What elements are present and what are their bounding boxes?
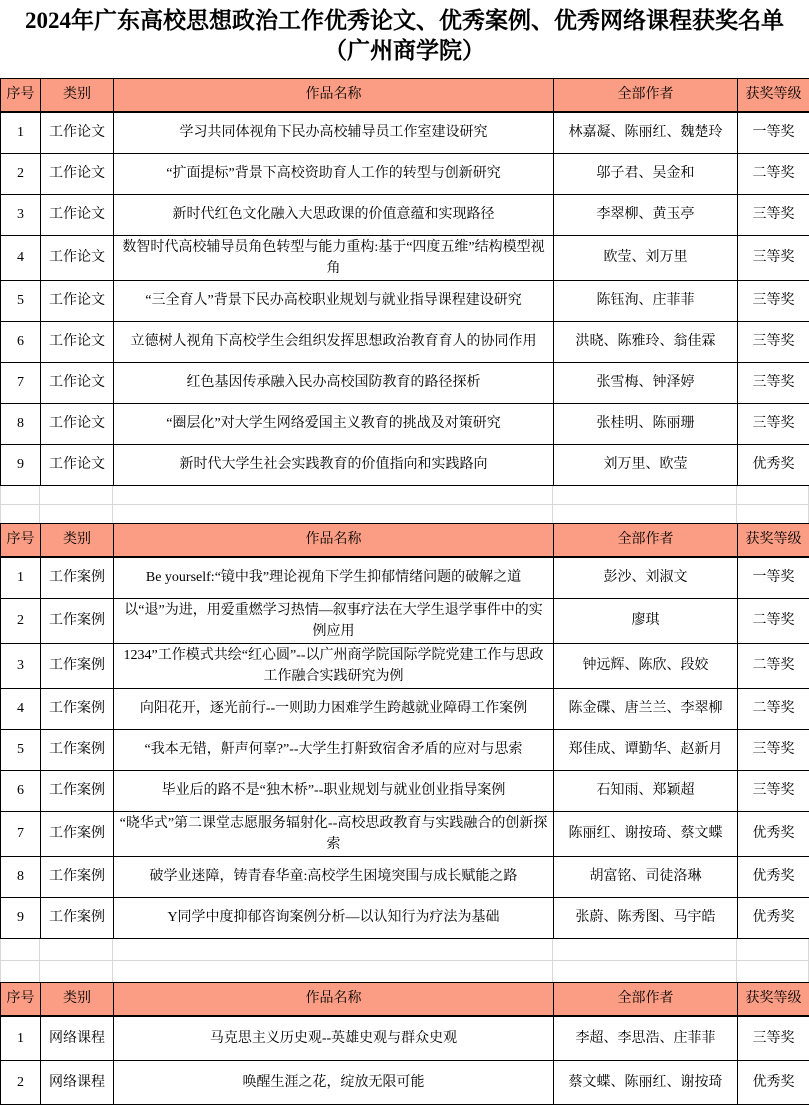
cell-category: 工作案例 (41, 770, 114, 811)
page-title-line2: （广州商学院） (2, 36, 807, 66)
cell-title: 红色基因传承融入民办高校国防教育的路径探析 (114, 362, 554, 403)
cell-category: 工作案例 (41, 643, 114, 688)
cell-title: 破学业迷障，铸青春华童:高校学生困境突围与成长赋能之路 (114, 856, 554, 897)
table-row: 2工作论文“扩面提标”背景下高校资助育人工作的转型与创新研究邬子君、吴金和二等奖 (1, 153, 809, 194)
cell-authors: 石知雨、郑颖超 (554, 770, 738, 811)
cell-award: 一等奖 (738, 112, 809, 154)
cell-title: “圈层化”对大学生网络爱国主义教育的挑战及对策研究 (114, 403, 554, 444)
cell-title: 立德树人视角下高校学生会组织发挥思想政治教育育人的协同作用 (114, 321, 554, 362)
cell-authors: 刘万里、欧莹 (554, 444, 738, 485)
cell-category: 网络课程 (41, 1016, 114, 1061)
cell-authors: 张桂明、陈丽珊 (554, 403, 738, 444)
cell-award: 三等奖 (738, 362, 809, 403)
column-header-category: 类别 (41, 982, 114, 1016)
table-row: 7工作论文红色基因传承融入民办高校国防教育的路径探析张雪梅、钟泽婷三等奖 (1, 362, 809, 403)
cell-no: 3 (1, 643, 41, 688)
column-header-title: 作品名称 (114, 78, 554, 112)
cell-no: 4 (1, 235, 41, 280)
cell-title: 新时代红色文化融入大思政课的价值意蕴和实现路径 (114, 194, 554, 235)
table-row: 4工作论文数智时代高校辅导员角色转型与能力重构:基于“四度五维”结构模型视角欧莹… (1, 235, 809, 280)
cell-award: 优秀奖 (738, 444, 809, 485)
cell-no: 8 (1, 856, 41, 897)
papers-table: 序号类别作品名称全部作者获奖等级1工作论文学习共同体视角下民办高校辅导员工作室建… (0, 78, 809, 486)
cell-no: 1 (1, 557, 41, 599)
column-header-award: 获奖等级 (738, 78, 809, 112)
header-row: 序号类别作品名称全部作者获奖等级 (1, 78, 809, 112)
cell-award: 优秀奖 (738, 811, 809, 856)
cell-no: 9 (1, 897, 41, 938)
cell-no: 2 (1, 598, 41, 643)
cell-no: 1 (1, 1016, 41, 1061)
column-header-award: 获奖等级 (738, 982, 809, 1016)
cell-category: 工作论文 (41, 194, 114, 235)
table-row: 9工作论文新时代大学生社会实践教育的价值指向和实践路向刘万里、欧莹优秀奖 (1, 444, 809, 485)
table-row: 4工作案例向阳花开，逐光前行--一则助力困难学生跨越就业障碍工作案例陈金碟、唐兰… (1, 688, 809, 729)
cell-authors: 胡富铭、司徒洛琳 (554, 856, 738, 897)
cell-authors: 郑佳成、谭勤华、赵新月 (554, 729, 738, 770)
cell-category: 工作论文 (41, 362, 114, 403)
cell-authors: 李超、李思浩、庄菲菲 (554, 1016, 738, 1061)
cell-award: 三等奖 (738, 235, 809, 280)
cell-award: 优秀奖 (738, 1060, 809, 1104)
cell-award: 三等奖 (738, 321, 809, 362)
cell-authors: 李翠柳、黄玉亭 (554, 194, 738, 235)
page-title-line1: 2024年广东高校思想政治工作优秀论文、优秀案例、优秀网络课程获奖名单 (2, 6, 807, 36)
table-row: 9工作案例Y同学中度抑郁咨询案例分析—以认知行为疗法为基础张蔚、陈秀图、马宇皓优… (1, 897, 809, 938)
cell-category: 工作案例 (41, 729, 114, 770)
cell-title: “晓华式”第二课堂志愿服务辐射化--高校思政教育与实践融合的创新探索 (114, 811, 554, 856)
cell-title: Be yourself:“镜中我”理论视角下学生抑郁情绪问题的破解之道 (114, 557, 554, 599)
cell-category: 工作案例 (41, 557, 114, 599)
cell-category: 工作论文 (41, 403, 114, 444)
cell-award: 三等奖 (738, 194, 809, 235)
cell-authors: 洪晓、陈雅玲、翁佳霖 (554, 321, 738, 362)
cell-no: 2 (1, 153, 41, 194)
gap-gridline (0, 960, 809, 961)
cell-award: 二等奖 (738, 643, 809, 688)
table-row: 8工作论文“圈层化”对大学生网络爱国主义教育的挑战及对策研究张桂明、陈丽珊三等奖 (1, 403, 809, 444)
table-row: 5工作案例“我本无错，鼾声何辜?”--大学生打鼾致宿舍矛盾的应对与思索郑佳成、谭… (1, 729, 809, 770)
gap-gridline (0, 504, 809, 505)
cell-award: 一等奖 (738, 557, 809, 599)
column-header-title: 作品名称 (114, 523, 554, 557)
column-header-no: 序号 (1, 78, 41, 112)
cell-title: 1234”工作模式共绘“红心圆”--以广州商学院国际学院党建工作与思政工作融合实… (114, 643, 554, 688)
cell-no: 4 (1, 688, 41, 729)
column-header-category: 类别 (41, 78, 114, 112)
table-row: 3工作论文新时代红色文化融入大思政课的价值意蕴和实现路径李翠柳、黄玉亭三等奖 (1, 194, 809, 235)
column-header-authors: 全部作者 (554, 982, 738, 1016)
cell-no: 3 (1, 194, 41, 235)
cell-award: 三等奖 (738, 280, 809, 321)
cell-authors: 蔡文蝶、陈丽红、谢按琦 (554, 1060, 738, 1104)
table-row: 7工作案例“晓华式”第二课堂志愿服务辐射化--高校思政教育与实践融合的创新探索陈… (1, 811, 809, 856)
cell-award: 优秀奖 (738, 897, 809, 938)
cell-authors: 彭沙、刘淑文 (554, 557, 738, 599)
cell-authors: 陈丽红、谢按琦、蔡文蝶 (554, 811, 738, 856)
cell-authors: 张蔚、陈秀图、马宇皓 (554, 897, 738, 938)
page-title: 2024年广东高校思想政治工作优秀论文、优秀案例、优秀网络课程获奖名单 （广州商… (0, 0, 809, 78)
cell-title: “扩面提标”背景下高校资助育人工作的转型与创新研究 (114, 153, 554, 194)
cell-title: 新时代大学生社会实践教育的价值指向和实践路向 (114, 444, 554, 485)
column-header-no: 序号 (1, 523, 41, 557)
cell-category: 网络课程 (41, 1060, 114, 1104)
cell-award: 三等奖 (738, 1016, 809, 1061)
cell-title: 数智时代高校辅导员角色转型与能力重构:基于“四度五维”结构模型视角 (114, 235, 554, 280)
cell-category: 工作论文 (41, 280, 114, 321)
column-header-category: 类别 (41, 523, 114, 557)
table-row: 8工作案例破学业迷障，铸青春华童:高校学生困境突围与成长赋能之路胡富铭、司徒洛琳… (1, 856, 809, 897)
cell-authors: 邬子君、吴金和 (554, 153, 738, 194)
spreadsheet-gap (0, 486, 809, 523)
cell-authors: 钟远辉、陈欣、段姣 (554, 643, 738, 688)
column-header-authors: 全部作者 (554, 78, 738, 112)
header-row: 序号类别作品名称全部作者获奖等级 (1, 982, 809, 1016)
table-row: 5工作论文“三全育人”背景下民办高校职业规划与就业指导课程建设研究陈钰洵、庄菲菲… (1, 280, 809, 321)
cell-award: 二等奖 (738, 153, 809, 194)
table-row: 2网络课程唤醒生涯之花，绽放无限可能蔡文蝶、陈丽红、谢按琦优秀奖 (1, 1060, 809, 1104)
table-row: 3工作案例1234”工作模式共绘“红心圆”--以广州商学院国际学院党建工作与思政… (1, 643, 809, 688)
cell-title: 唤醒生涯之花，绽放无限可能 (114, 1060, 554, 1104)
column-header-award: 获奖等级 (738, 523, 809, 557)
cell-category: 工作案例 (41, 598, 114, 643)
cell-title: 毕业后的路不是“独木桥”--职业规划与就业创业指导案例 (114, 770, 554, 811)
cell-title: 学习共同体视角下民办高校辅导员工作室建设研究 (114, 112, 554, 154)
cell-title: 以“退”为进，用爱重燃学习热情—叙事疗法在大学生退学事件中的实例应用 (114, 598, 554, 643)
cell-award: 三等奖 (738, 770, 809, 811)
cell-title: “我本无错，鼾声何辜?”--大学生打鼾致宿舍矛盾的应对与思索 (114, 729, 554, 770)
cell-no: 6 (1, 321, 41, 362)
spreadsheet-gap (0, 939, 809, 982)
cell-no: 1 (1, 112, 41, 154)
cell-award: 三等奖 (738, 403, 809, 444)
cell-category: 工作论文 (41, 235, 114, 280)
cases-table: 序号类别作品名称全部作者获奖等级1工作案例Be yourself:“镜中我”理论… (0, 523, 809, 939)
cell-title: Y同学中度抑郁咨询案例分析—以认知行为疗法为基础 (114, 897, 554, 938)
column-header-authors: 全部作者 (554, 523, 738, 557)
cell-no: 7 (1, 811, 41, 856)
cell-no: 7 (1, 362, 41, 403)
cell-award: 二等奖 (738, 688, 809, 729)
table-row: 6工作案例毕业后的路不是“独木桥”--职业规划与就业创业指导案例石知雨、郑颖超三… (1, 770, 809, 811)
award-list-document: 2024年广东高校思想政治工作优秀论文、优秀案例、优秀网络课程获奖名单 （广州商… (0, 0, 809, 1105)
cell-no: 9 (1, 444, 41, 485)
column-header-title: 作品名称 (114, 982, 554, 1016)
cell-authors: 廖琪 (554, 598, 738, 643)
cell-no: 5 (1, 280, 41, 321)
cell-category: 工作案例 (41, 897, 114, 938)
cell-category: 工作案例 (41, 811, 114, 856)
cell-category: 工作论文 (41, 444, 114, 485)
cell-authors: 陈金碟、唐兰兰、李翠柳 (554, 688, 738, 729)
table-row: 2工作案例以“退”为进，用爱重燃学习热情—叙事疗法在大学生退学事件中的实例应用廖… (1, 598, 809, 643)
cell-no: 6 (1, 770, 41, 811)
cell-award: 三等奖 (738, 729, 809, 770)
cell-award: 优秀奖 (738, 856, 809, 897)
table-row: 1网络课程马克思主义历史观--英雄史观与群众史观李超、李思浩、庄菲菲三等奖 (1, 1016, 809, 1061)
cell-award: 二等奖 (738, 598, 809, 643)
cell-authors: 张雪梅、钟泽婷 (554, 362, 738, 403)
cell-category: 工作案例 (41, 856, 114, 897)
table-row: 1工作论文学习共同体视角下民办高校辅导员工作室建设研究林嘉凝、陈丽红、魏楚玲一等… (1, 112, 809, 154)
cell-title: 向阳花开，逐光前行--一则助力困难学生跨越就业障碍工作案例 (114, 688, 554, 729)
cell-authors: 林嘉凝、陈丽红、魏楚玲 (554, 112, 738, 154)
cell-category: 工作论文 (41, 153, 114, 194)
courses-table: 序号类别作品名称全部作者获奖等级1网络课程马克思主义历史观--英雄史观与群众史观… (0, 982, 809, 1105)
cell-no: 5 (1, 729, 41, 770)
header-row: 序号类别作品名称全部作者获奖等级 (1, 523, 809, 557)
cell-no: 8 (1, 403, 41, 444)
cell-title: 马克思主义历史观--英雄史观与群众史观 (114, 1016, 554, 1061)
cell-authors: 欧莹、刘万里 (554, 235, 738, 280)
cell-title: “三全育人”背景下民办高校职业规划与就业指导课程建设研究 (114, 280, 554, 321)
cell-category: 工作案例 (41, 688, 114, 729)
table-row: 6工作论文立德树人视角下高校学生会组织发挥思想政治教育育人的协同作用洪晓、陈雅玲… (1, 321, 809, 362)
cell-authors: 陈钰洵、庄菲菲 (554, 280, 738, 321)
cell-no: 2 (1, 1060, 41, 1104)
table-row: 1工作案例Be yourself:“镜中我”理论视角下学生抑郁情绪问题的破解之道… (1, 557, 809, 599)
column-header-no: 序号 (1, 982, 41, 1016)
cell-category: 工作论文 (41, 112, 114, 154)
cell-category: 工作论文 (41, 321, 114, 362)
